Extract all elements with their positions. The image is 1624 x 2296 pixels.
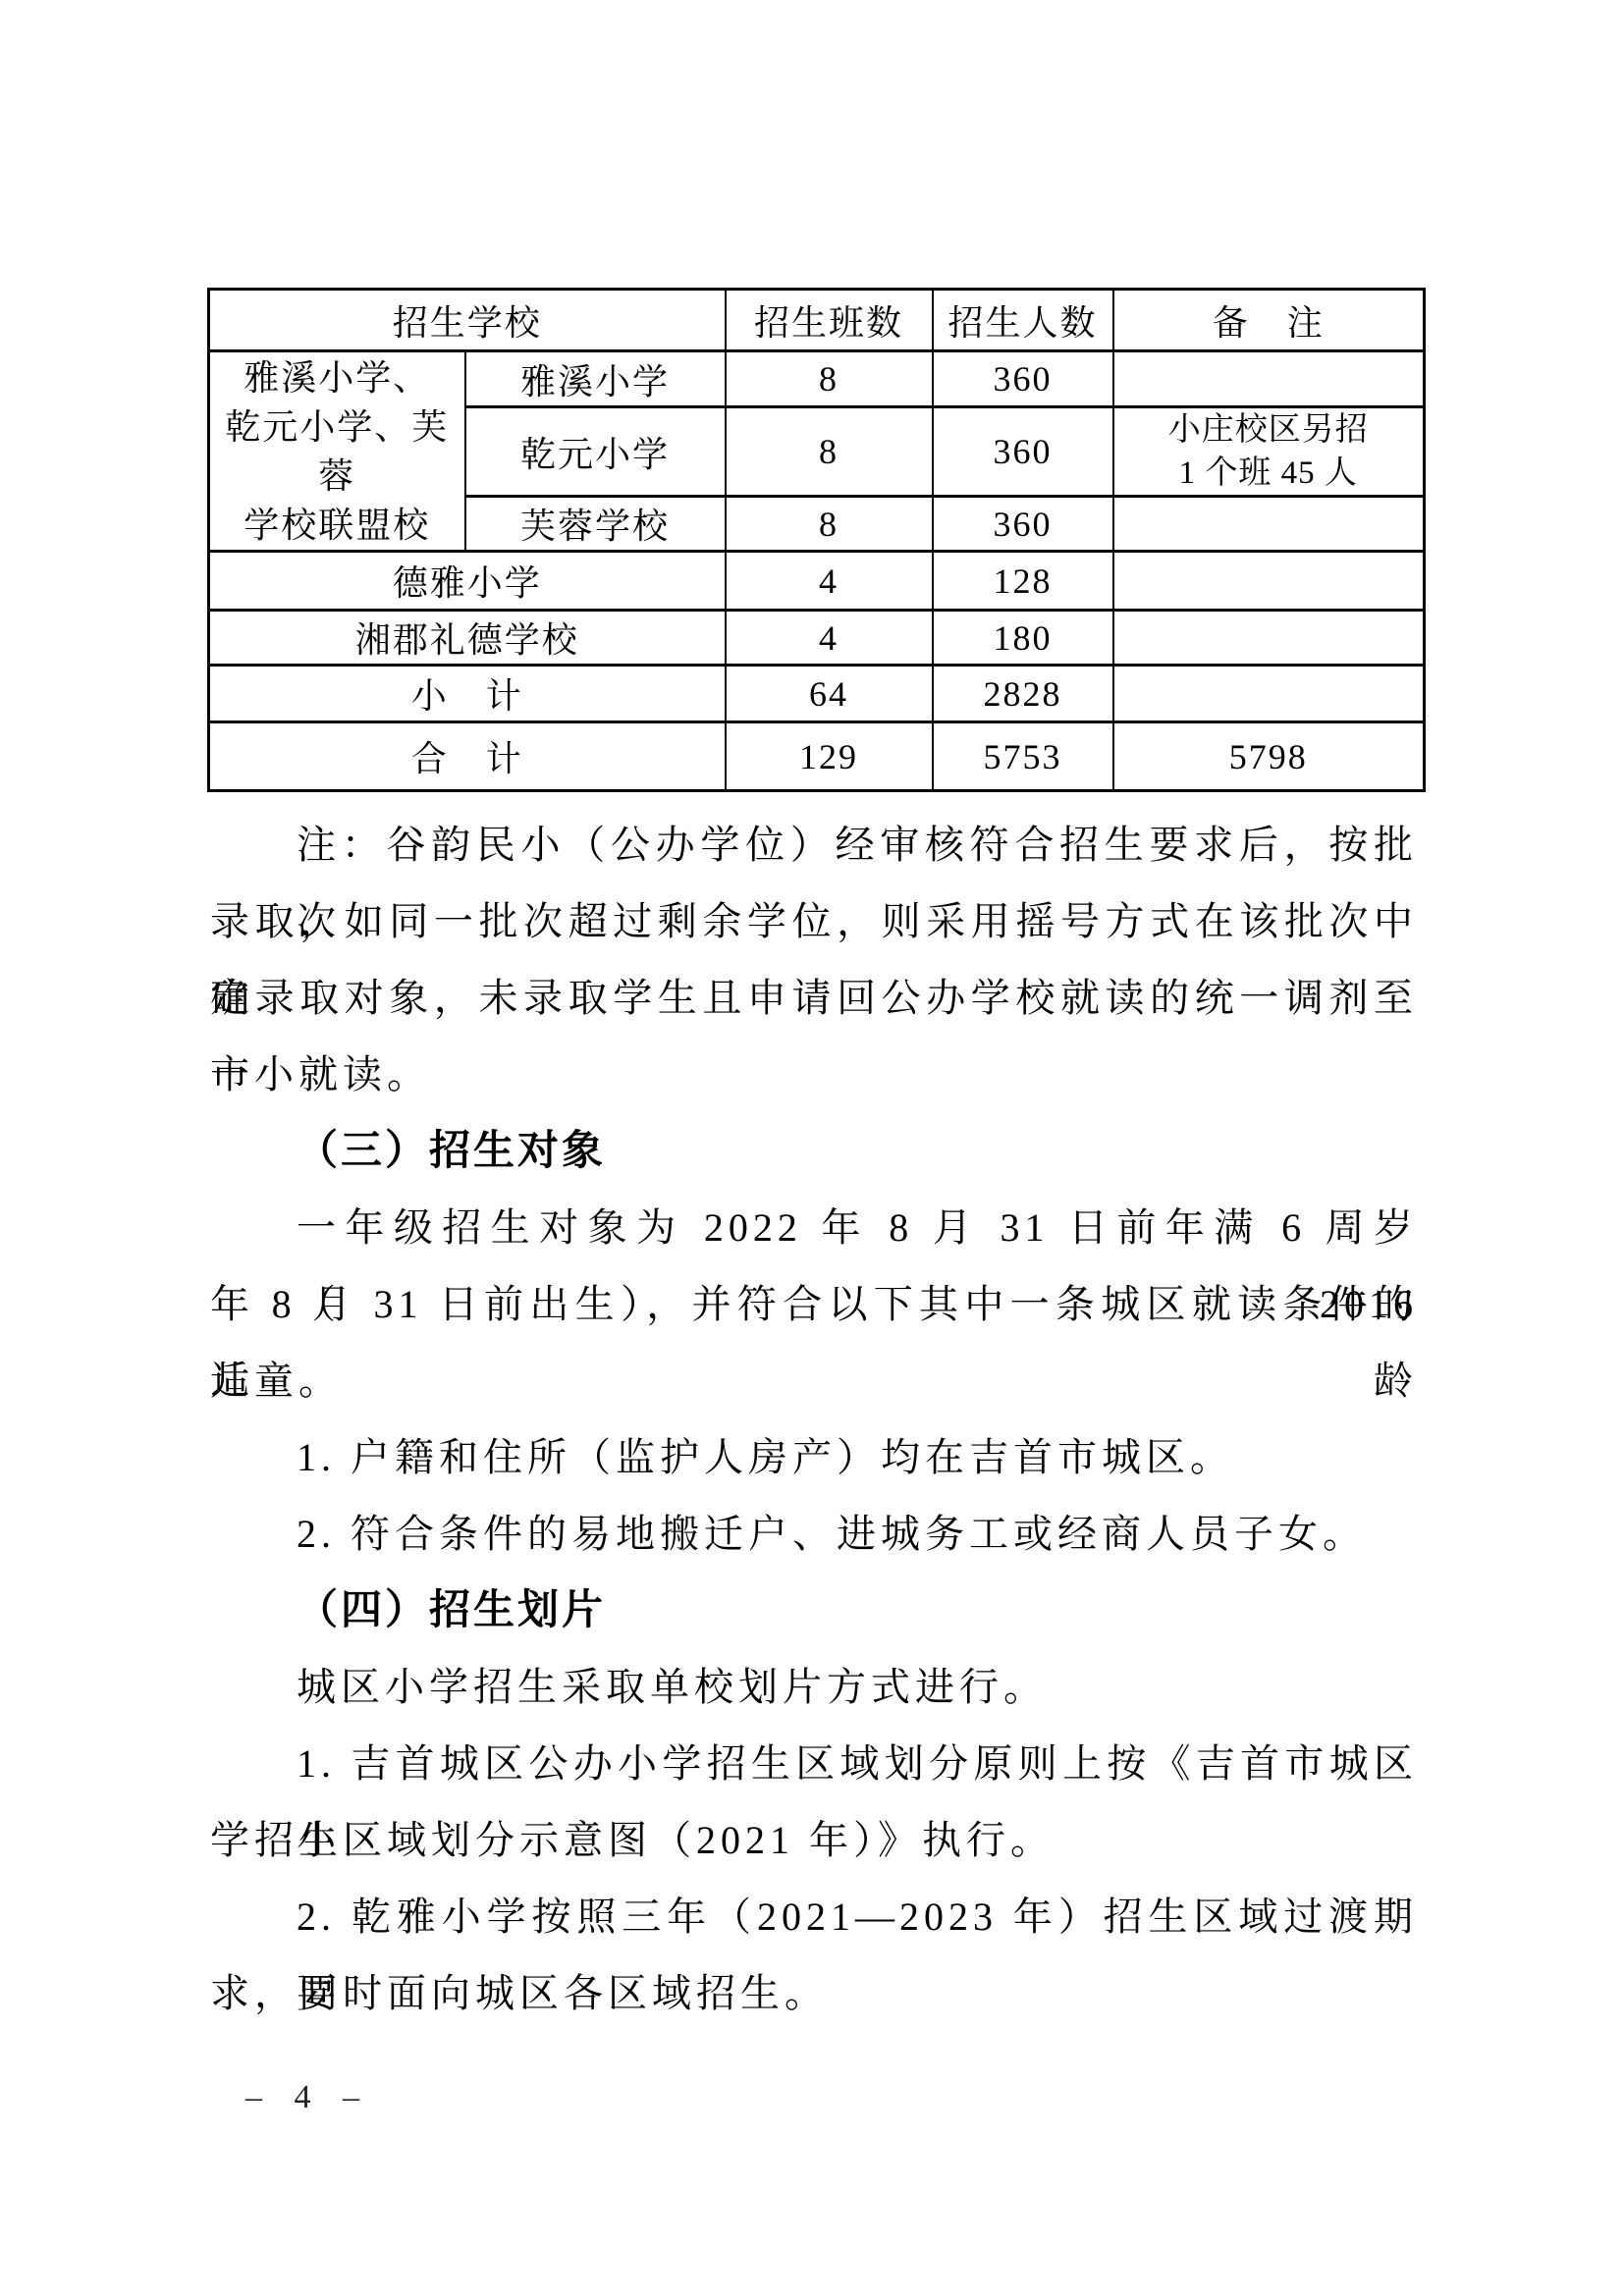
students-cell: 360 [933, 351, 1113, 407]
section-heading: （四）招生划片 [210, 1573, 1418, 1649]
text-line: 一小就读。 [210, 1037, 1418, 1113]
students-cell: 5753 [933, 722, 1113, 791]
table-row: 雅溪小学、 乾元小学、芙蓉 学校联盟校 雅溪小学 8 360 [209, 351, 1425, 407]
text-line: 定录取对象，未录取学生且申请回公办学校就读的统一调剂至市 [210, 960, 1418, 1037]
students-cell: 2828 [933, 666, 1113, 722]
remark-cell [1113, 552, 1425, 611]
text-line: 一年级招生对象为 2022 年 8 月 31 日前年满 6 周岁（2016 [210, 1190, 1418, 1266]
classes-cell: 8 [726, 497, 933, 552]
header-students: 招生人数 [933, 290, 1113, 351]
list-item: 1. 户籍和住所（监护人房产）均在吉首市城区。 [210, 1419, 1418, 1496]
remark-cell [1113, 666, 1425, 722]
text-line: 城区小学招生采取单校划片方式进行。 [210, 1649, 1418, 1726]
school-cell: 小 计 [209, 666, 726, 722]
body-text: 注：谷韵民小（公办学位）经审核符合招生要求后，按批次 录取，如同一批次超过剩余学… [210, 807, 1418, 2032]
remark-cell [1113, 351, 1425, 407]
total-row: 合 计 129 5753 5798 [209, 722, 1425, 791]
classes-cell: 4 [726, 552, 933, 611]
students-cell: 180 [933, 611, 1113, 666]
students-cell: 360 [933, 497, 1113, 552]
school-cell: 芙蓉学校 [465, 497, 726, 552]
group-label-line: 乾元小学、芙蓉 [210, 402, 464, 501]
list-item: 2. 乾雅小学按照三年（2021—2023 年）招生区域过渡期要 [210, 1879, 1418, 1955]
list-item: 1. 吉首城区公办小学招生区域划分原则上按《吉首市城区小 [210, 1726, 1418, 1802]
remark-cell [1113, 497, 1425, 552]
classes-cell: 8 [726, 351, 933, 407]
classes-cell: 8 [726, 407, 933, 497]
school-cell: 湘郡礼德学校 [209, 611, 726, 666]
table-row: 湘郡礼德学校 4 180 [209, 611, 1425, 666]
school-cell: 雅溪小学 [465, 351, 726, 407]
enrollment-table: 招生学校 招生班数 招生人数 备 注 雅溪小学、 乾元小学、芙蓉 学校联盟校 雅… [207, 288, 1426, 792]
group-label-line: 学校联盟校 [210, 501, 464, 550]
school-cell: 德雅小学 [209, 552, 726, 611]
remark-cell [1113, 611, 1425, 666]
document-page: 招生学校 招生班数 招生人数 备 注 雅溪小学、 乾元小学、芙蓉 学校联盟校 雅… [0, 0, 1624, 2296]
school-cell: 乾元小学 [465, 407, 726, 497]
school-group-cell: 雅溪小学、 乾元小学、芙蓉 学校联盟校 [209, 351, 465, 552]
classes-cell: 64 [726, 666, 933, 722]
text-line: 求，同时面向城区各区域招生。 [210, 1955, 1418, 2032]
table-row: 德雅小学 4 128 [209, 552, 1425, 611]
remark-line: 小庄校区另招 [1114, 408, 1424, 452]
group-label-line: 雅溪小学、 [210, 353, 464, 402]
subtotal-row: 小 计 64 2828 [209, 666, 1425, 722]
remark-cell: 小庄校区另招 1 个班 45 人 [1113, 407, 1425, 497]
remark-line: 1 个班 45 人 [1114, 452, 1424, 495]
students-cell: 128 [933, 552, 1113, 611]
text-line: 学招生区域划分示意图（2021 年）》执行。 [210, 1802, 1418, 1879]
classes-cell: 129 [726, 722, 933, 791]
table-header-row: 招生学校 招生班数 招生人数 备 注 [209, 290, 1425, 351]
header-classes: 招生班数 [726, 290, 933, 351]
text-line: 注：谷韵民小（公办学位）经审核符合招生要求后，按批次 [210, 807, 1418, 883]
school-cell: 合 计 [209, 722, 726, 791]
page-number: – 4 – [245, 2079, 371, 2116]
header-remark: 备 注 [1113, 290, 1425, 351]
text-line: 年 8 月 31 日前出生），并符合以下其中一条城区就读条件的适龄 [210, 1266, 1418, 1343]
classes-cell: 4 [726, 611, 933, 666]
header-school: 招生学校 [209, 290, 726, 351]
text-line: 录取，如同一批次超过剩余学位，则采用摇号方式在该批次中确 [210, 883, 1418, 960]
remark-cell: 5798 [1113, 722, 1425, 791]
students-cell: 360 [933, 407, 1113, 497]
list-item: 2. 符合条件的易地搬迁户、进城务工或经商人员子女。 [210, 1496, 1418, 1573]
section-heading: （三）招生对象 [210, 1113, 1418, 1190]
